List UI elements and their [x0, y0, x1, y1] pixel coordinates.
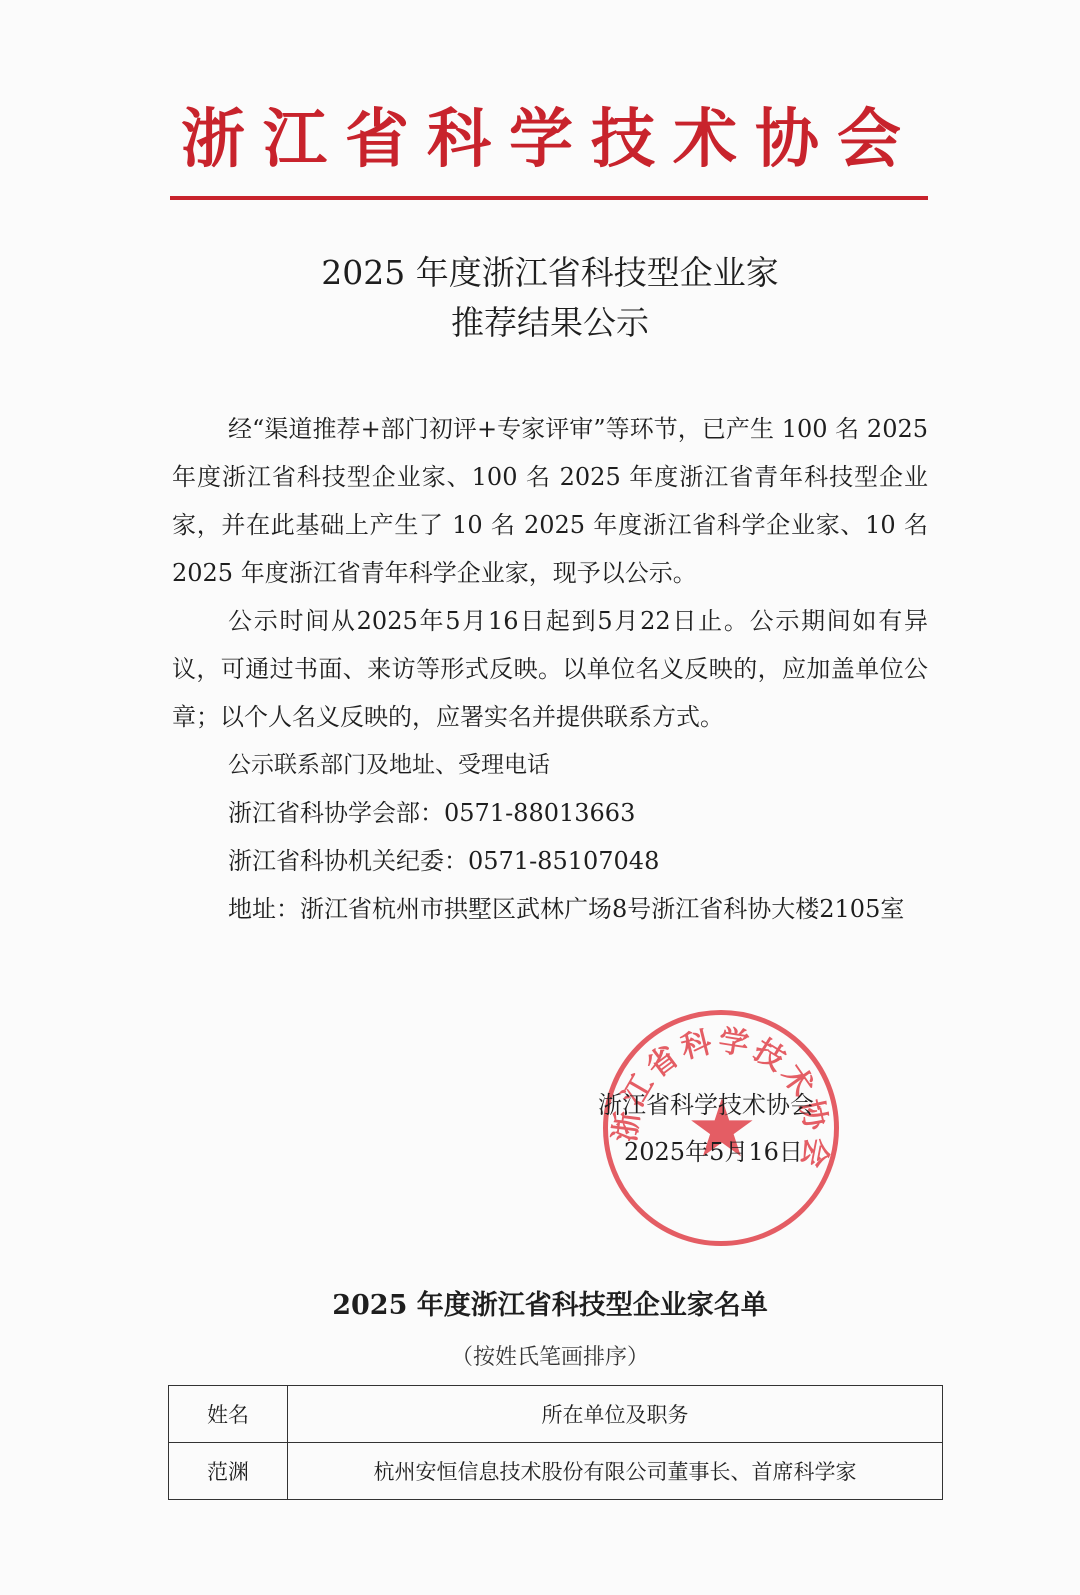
contact-discipline-committee: 浙江省科协机关纪委：0571-85107048 — [228, 837, 659, 885]
organization-letterhead: 浙江省科学技术协会 — [170, 95, 930, 185]
paragraph-results: 经“渠道推荐+部门初评+专家评审”等环节，已产生 100 名 2025 年度浙江… — [172, 405, 928, 597]
table-header-row: 姓名 所在单位及职务 — [169, 1386, 943, 1443]
contact-society-dept: 浙江省科协学会部：0571-88013663 — [228, 789, 635, 837]
list-title: 2025 年度浙江省科技型企业家名单 — [170, 1283, 930, 1322]
title-line-1: 2025 年度浙江省科技型企业家 — [170, 248, 930, 298]
column-header-name: 姓名 — [169, 1386, 288, 1443]
list-subtitle: （按姓氏笔画排序） — [170, 1340, 930, 1371]
table-row: 范渊 杭州安恒信息技术股份有限公司董事长、首席科学家 — [169, 1443, 943, 1500]
column-header-position: 所在单位及职务 — [288, 1386, 943, 1443]
signature-date: 2025年5月16日 — [624, 1132, 803, 1172]
cell-name: 范渊 — [169, 1443, 288, 1500]
cell-position: 杭州安恒信息技术股份有限公司董事长、首席科学家 — [288, 1443, 943, 1500]
title-line-2: 推荐结果公示 — [170, 298, 930, 348]
official-seal: 浙江省科学技术协会 ★ — [603, 1010, 839, 1246]
contact-address: 地址：浙江省杭州市拱墅区武林广场8号浙江省科协大楼2105室 — [172, 885, 928, 933]
contact-heading: 公示联系部门及地址、受理电话 — [228, 741, 550, 789]
paragraph-period: 公示时间从2025年5月16日起到5月22日止。公示期间如有异议，可通过书面、来… — [172, 597, 928, 741]
entrepreneur-table: 姓名 所在单位及职务 范渊 杭州安恒信息技术股份有限公司董事长、首席科学家 — [168, 1385, 943, 1500]
document-title: 2025 年度浙江省科技型企业家 推荐结果公示 — [170, 248, 930, 348]
letterhead-divider — [170, 196, 928, 200]
signature-organization: 浙江省科学技术协会 — [598, 1085, 814, 1125]
